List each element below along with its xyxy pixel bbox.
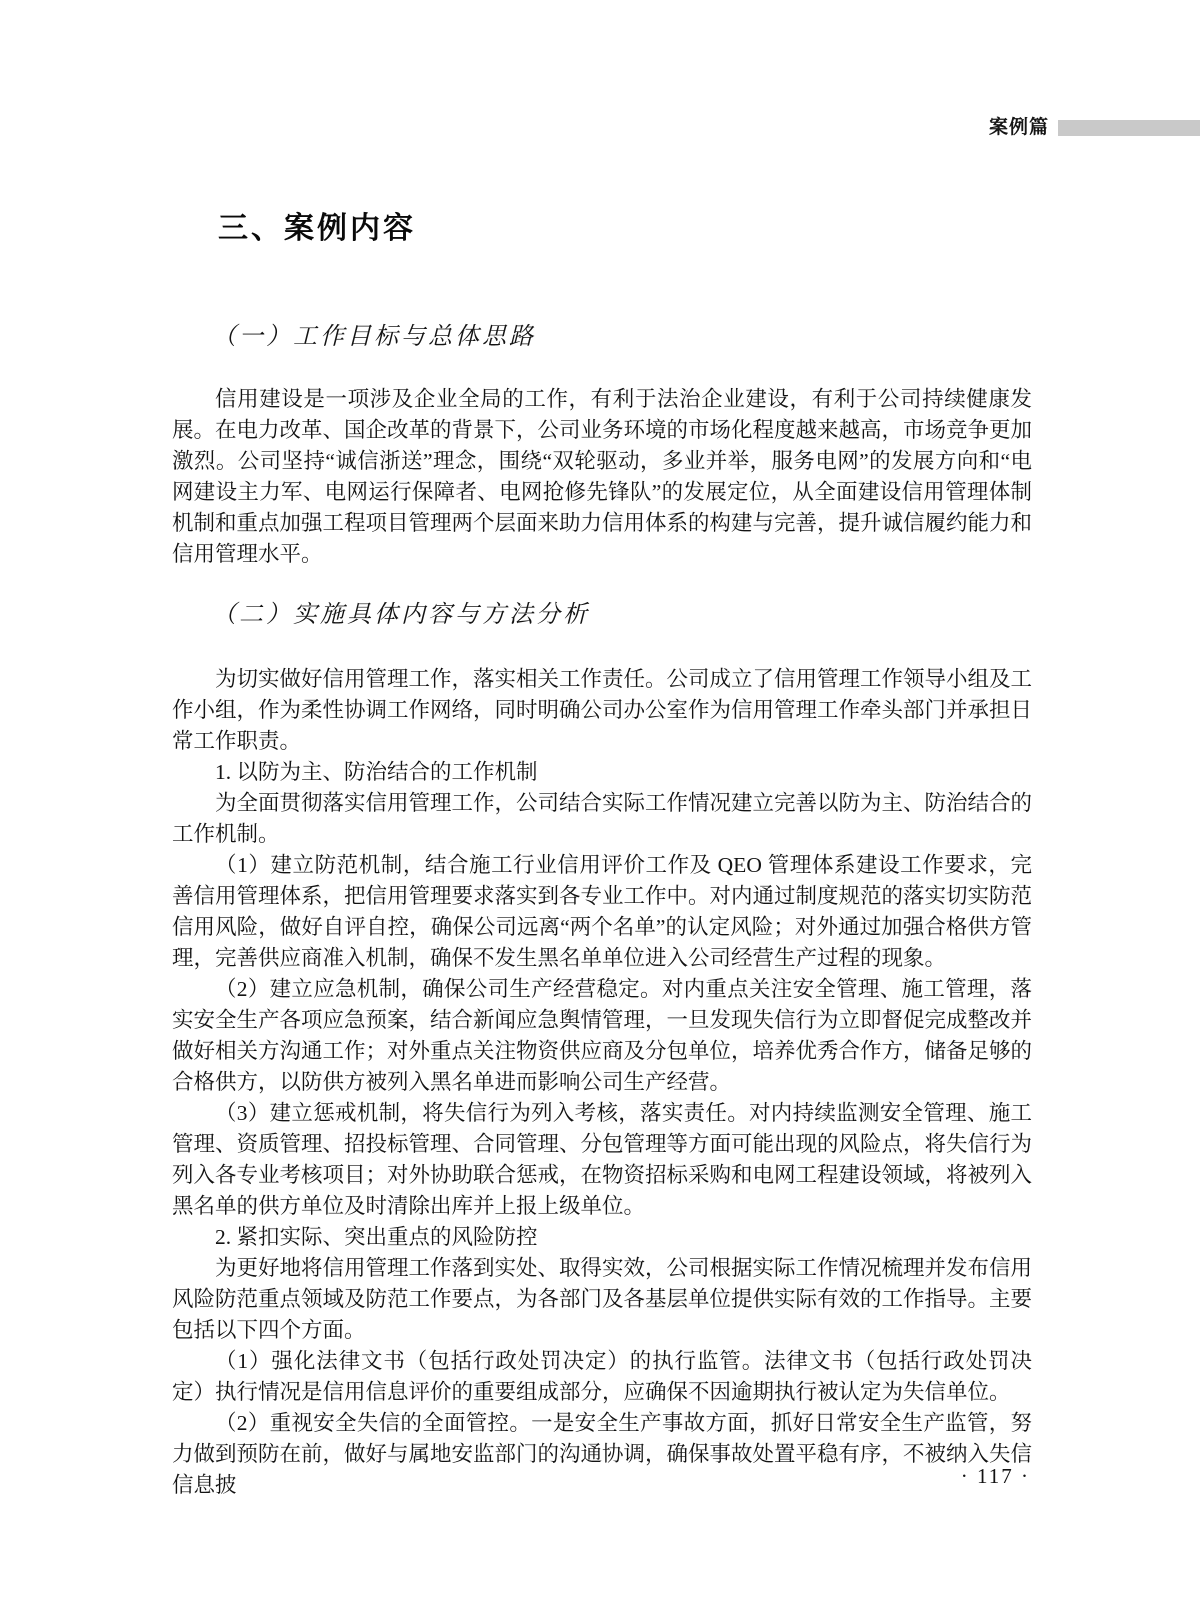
- page-title: 三、案例内容: [218, 212, 1032, 246]
- paragraph: （1）强化法律文书（包括行政处罚决定）的执行监管。法律文书（包括行政处罚决定）执…: [172, 1346, 1032, 1408]
- paragraph: 为更好地将信用管理工作落到实处、取得实效，公司根据实际工作情况梳理并发布信用风险…: [172, 1253, 1032, 1346]
- paragraph: （2）重视安全失信的全面管控。一是安全生产事故方面，抓好日常安全生产监管，努力做…: [172, 1408, 1032, 1501]
- section-1-body: 信用建设是一项涉及企业全局的工作，有利于法治企业建设，有利于公司持续健康发展。在…: [172, 384, 1032, 570]
- paragraph: （1）建立防范机制，结合施工行业信用评价工作及 QEO 管理体系建设工作要求，完…: [172, 850, 1032, 974]
- running-header-bar: [1058, 120, 1200, 136]
- section-2-heading: （二）实施具体内容与方法分析: [212, 598, 1032, 632]
- page-number: · 117 ·: [961, 1462, 1030, 1490]
- subitem-heading: 1. 以防为主、防治结合的工作机制: [172, 757, 1032, 788]
- page-content: 三、案例内容 （一）工作目标与总体思路 信用建设是一项涉及企业全局的工作，有利于…: [172, 0, 1032, 1501]
- paragraph: 为切实做好信用管理工作，落实相关工作责任。公司成立了信用管理工作领导小组及工作小…: [172, 664, 1032, 757]
- book-page: 案例篇 三、案例内容 （一）工作目标与总体思路 信用建设是一项涉及企业全局的工作…: [0, 0, 1200, 1616]
- paragraph: 信用建设是一项涉及企业全局的工作，有利于法治企业建设，有利于公司持续健康发展。在…: [172, 384, 1032, 570]
- section-2-body: 为切实做好信用管理工作，落实相关工作责任。公司成立了信用管理工作领导小组及工作小…: [172, 664, 1032, 1501]
- paragraph: （3）建立惩戒机制，将失信行为列入考核，落实责任。对内持续监测安全管理、施工管理…: [172, 1098, 1032, 1222]
- paragraph: （2）建立应急机制，确保公司生产经营稳定。对内重点关注安全管理、施工管理，落实安…: [172, 974, 1032, 1098]
- paragraph: 为全面贯彻落实信用管理工作，公司结合实际工作情况建立完善以防为主、防治结合的工作…: [172, 788, 1032, 850]
- subitem-heading: 2. 紧扣实际、突出重点的风险防控: [172, 1222, 1032, 1253]
- section-1-heading: （一）工作目标与总体思路: [212, 320, 1032, 354]
